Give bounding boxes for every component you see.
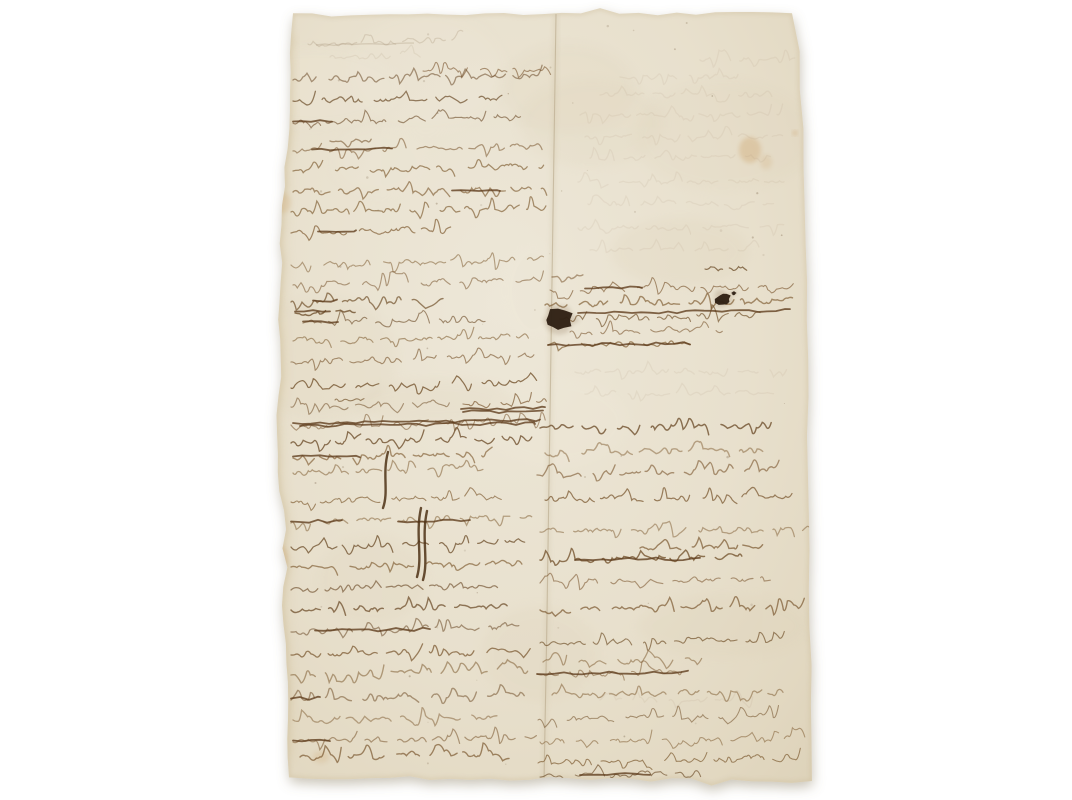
manuscript-svg bbox=[0, 0, 1072, 800]
manuscript-photo bbox=[0, 0, 1072, 800]
